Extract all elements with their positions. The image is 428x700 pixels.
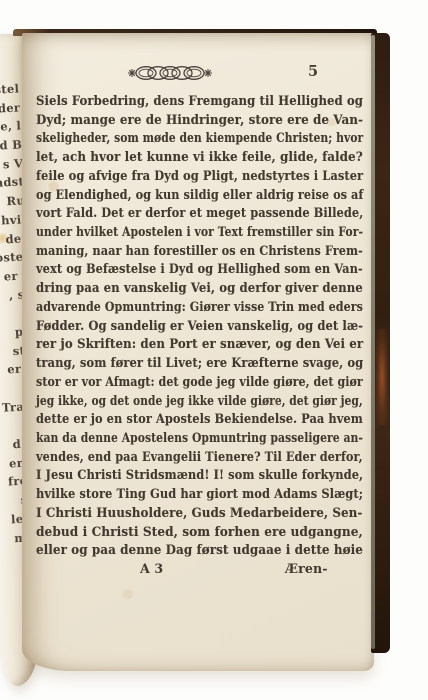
page-number: 5	[308, 63, 318, 80]
text-line: Dyd; mange ere de Hindringer, store ere …	[36, 111, 347, 130]
text-line: vendes, end paa Evangelii Tienere? Til E…	[36, 448, 331, 467]
text-line: jeg ikke, og det onde jeg ikke vilde giø…	[36, 392, 314, 411]
signature-mark: A 3	[140, 560, 163, 579]
signature-row: A 3 Æren-	[36, 560, 366, 579]
body-lines: Siels Forbedring, dens Fremgang til Hell…	[36, 92, 366, 560]
facing-page-text-fragment: ed B	[0, 135, 23, 155]
facing-page-text-fragment: stel	[0, 79, 20, 99]
text-line: feile og afvige fra Dyd og Pligt, nedsty…	[36, 167, 335, 186]
book-page: 5 Siels Forbedring, dens Fremgang til He…	[22, 33, 374, 671]
text-line: eller og paa denne Dag først udgaae i de…	[36, 541, 348, 560]
facing-page-text-fragment: der	[0, 98, 21, 118]
text-line: dring paa en vanskelig Vei, og derfor gi…	[36, 279, 342, 298]
text-line: I Jesu Christi Stridsmænd! I! som skulle…	[36, 466, 335, 485]
text-line: vext og Befæstelse i Dyd og Hellighed so…	[36, 260, 333, 279]
facing-page-text-fragment: e, l	[0, 117, 22, 137]
text-line: rer jo Skriften: den Port er snæver, og …	[36, 335, 345, 354]
text-line: let, ach hvor let kunne vi ikke feile, g…	[36, 148, 347, 167]
text-line: skeligheder, som møde den kiempende Chri…	[36, 129, 316, 148]
text-line: vort Fald. Det er derfor et meget passen…	[36, 204, 333, 223]
text-line: kan da denne Apostelens Opmuntring passe…	[36, 429, 317, 448]
text-line: og Elendighed, og kun sildig eller aldri…	[36, 186, 330, 205]
text-block: Siels Forbedring, dens Fremgang til Hell…	[36, 92, 366, 579]
text-line: I Christi Huusholdere, Guds Medarbeidere…	[36, 504, 347, 523]
facing-page-text-fragment: ndst	[0, 173, 25, 193]
book-board-edge	[371, 33, 390, 653]
text-line: advarende Opmuntring: Giører visse Trin …	[36, 298, 325, 317]
text-line: dette er jo en stor Apostels Bekiendelse…	[36, 410, 333, 429]
text-line: maning, naar han forestiller os en Chris…	[36, 242, 332, 261]
text-line: trang, som fører til Livet; ere Kræftern…	[36, 354, 337, 373]
text-line: hvilke store Ting Gud har giort mod Adam…	[36, 485, 335, 504]
text-line: debud i Christi Sted, som forhen ere udg…	[36, 523, 352, 542]
text-line: Fødder. Og sandelig er Veien vanskelig, …	[36, 317, 337, 336]
book-photo: steldere, led Bs VndstRuhvildetosteler v…	[0, 0, 428, 700]
text-line: stor er vor Afmagt: det gode jeg vilde g…	[36, 373, 324, 392]
facing-page-text-fragment: s V	[0, 154, 24, 174]
catchword: Æren-	[285, 560, 328, 579]
guilloche-chain-ornament-icon	[126, 63, 214, 83]
text-line: Siels Forbedring, dens Fremgang til Hell…	[36, 92, 341, 111]
text-line: under hvilket Apostelen i vor Text frems…	[36, 223, 318, 242]
